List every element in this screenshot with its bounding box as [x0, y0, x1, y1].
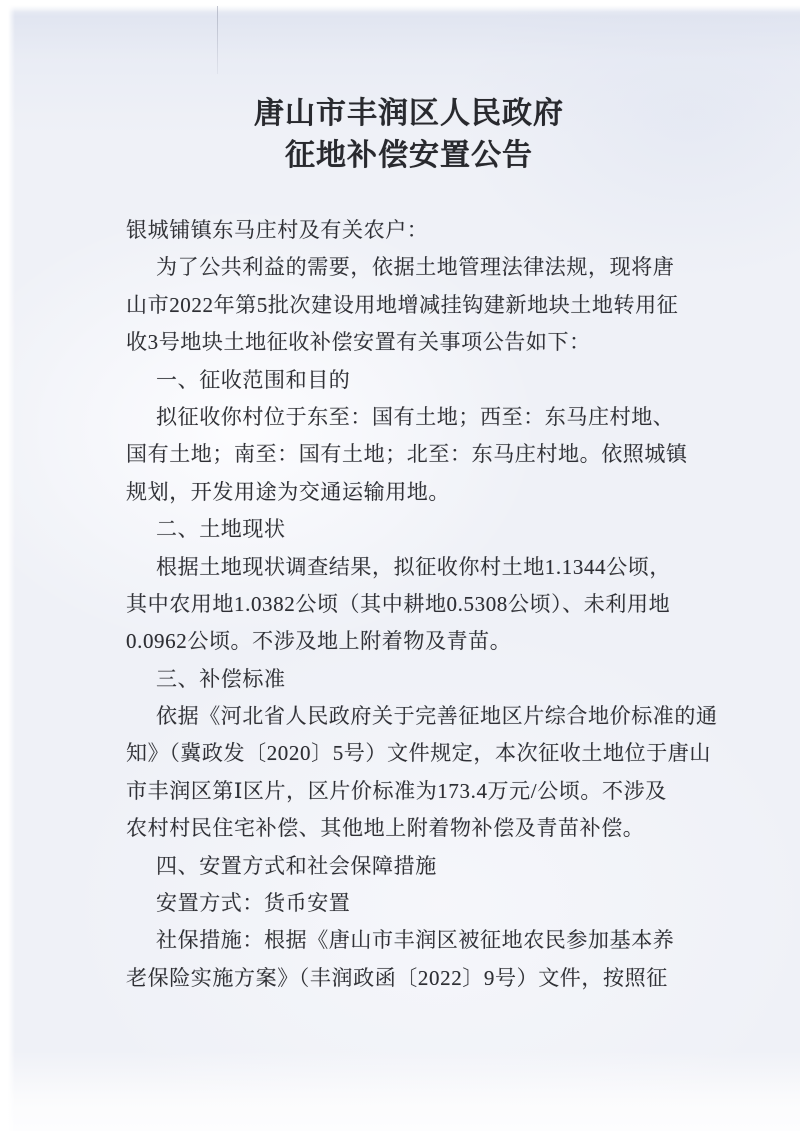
paragraph-social-security: 社保措施：根据《唐山市丰润区被征地农民参加基本养 老保险实施方案》（丰润政函〔2…	[126, 922, 716, 997]
heading-line: 一、征收范围和目的	[126, 362, 716, 399]
document-title: 唐山市丰润区人民政府 征地补偿安置公告	[126, 93, 692, 177]
body-line: 农村村民住宅补偿、其他地上附着物补偿及青苗补偿。	[126, 810, 716, 847]
heading-line: 二、土地现状	[126, 511, 716, 548]
body-line: 为了公共利益的需要，依据土地管理法律法规，现将唐	[126, 249, 716, 286]
paragraph-compensation: 依据《河北省人民政府关于完善征地区片综合地价标准的通 知》（冀政发〔2020〕5…	[126, 698, 716, 848]
body-line: 其中农用地1.0382公顷（其中耕地0.5308公顷）、未利用地	[126, 586, 716, 623]
body-line: 市丰润区第Ⅰ区片，区片价标准为173.4万元/公顷。不涉及	[126, 773, 716, 810]
salutation-line: 银城铺镇东马庄村及有关农户：	[126, 212, 716, 249]
paragraph-intro: 为了公共利益的需要，依据土地管理法律法规，现将唐 山市2022年第5批次建设用地…	[126, 249, 716, 361]
heading-line: 三、补偿标准	[126, 661, 716, 698]
body-line: 知》（冀政发〔2020〕5号）文件规定，本次征收土地位于唐山	[126, 735, 716, 772]
heading-line: 四、安置方式和社会保障措施	[126, 848, 716, 885]
body-line: 依据《河北省人民政府关于完善征地区片综合地价标准的通	[126, 698, 716, 735]
body-line: 规划，开发用途为交通运输用地。	[126, 474, 716, 511]
body-line: 社保措施：根据《唐山市丰润区被征地农民参加基本养	[126, 922, 716, 959]
body-line: 老保险实施方案》（丰润政函〔2022〕9号）文件，按照征	[126, 960, 716, 997]
body-line: 山市2022年第5批次建设用地增减挂钩建新地块土地转用征	[126, 287, 716, 324]
paragraph-resettlement: 安置方式：货币安置	[126, 885, 716, 922]
document-title-line-2: 征地补偿安置公告	[126, 135, 692, 177]
document-title-line-1: 唐山市丰润区人民政府	[126, 93, 692, 135]
scanned-document-page: 唐山市丰润区人民政府 征地补偿安置公告 银城铺镇东马庄村及有关农户： 为了公共利…	[0, 0, 800, 1131]
section-heading-2: 二、土地现状	[126, 511, 716, 548]
body-line: 收3号地块土地征收补偿安置有关事项公告如下：	[126, 324, 716, 361]
body-line: 国有土地；南至：国有土地；北至：东马庄村地。依照城镇	[126, 436, 716, 473]
section-heading-3: 三、补偿标准	[126, 661, 716, 698]
body-line: 安置方式：货币安置	[126, 885, 716, 922]
paragraph-scope: 拟征收你村位于东至：国有土地；西至：东马庄村地、 国有土地；南至：国有土地；北至…	[126, 399, 716, 511]
paragraph-land-status: 根据土地现状调查结果，拟征收你村土地1.1344公顷， 其中农用地1.0382公…	[126, 549, 716, 661]
body-line: 0.0962公顷。不涉及地上附着物及青苗。	[126, 623, 716, 660]
document-body: 银城铺镇东马庄村及有关农户： 为了公共利益的需要，依据土地管理法律法规，现将唐 …	[126, 212, 716, 997]
scan-fold-line-artifact	[217, 6, 218, 74]
body-line: 根据土地现状调查结果，拟征收你村土地1.1344公顷，	[126, 549, 716, 586]
section-heading-4: 四、安置方式和社会保障措施	[126, 848, 716, 885]
body-line: 拟征收你村位于东至：国有土地；西至：东马庄村地、	[126, 399, 716, 436]
section-heading-1: 一、征收范围和目的	[126, 362, 716, 399]
